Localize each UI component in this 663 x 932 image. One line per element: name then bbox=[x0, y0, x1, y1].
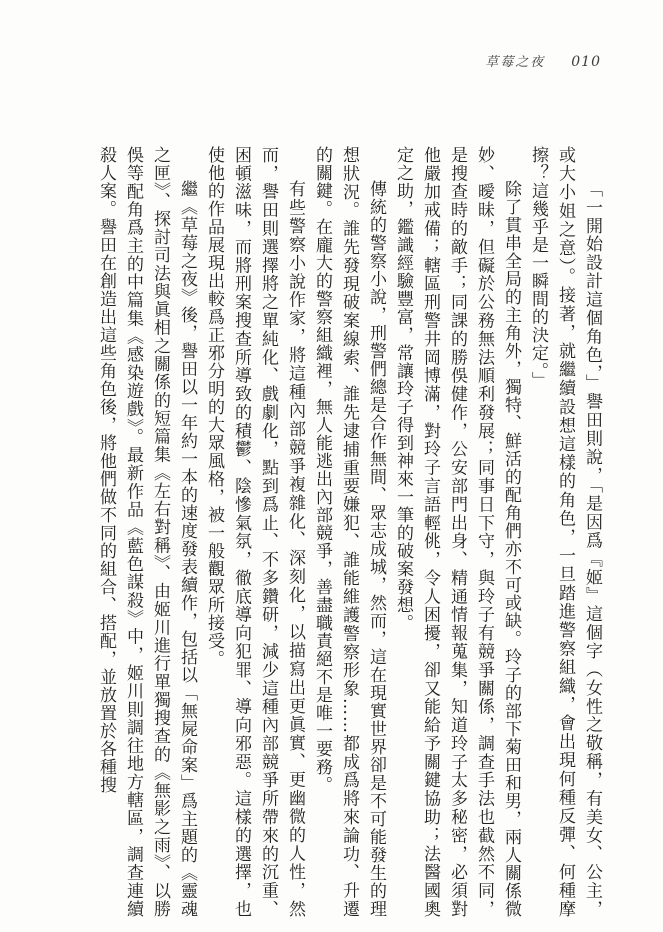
running-header: 草莓之夜010 bbox=[485, 51, 601, 70]
paragraph: 繼《草莓之夜》後，譽田以一年約一本的速度發表續作，包括以「無屍命案」爲主題的《靈… bbox=[92, 146, 200, 918]
article-text-block: 「一開始設計這個角色，」譽田則說，「是因爲『姬』這個字（女性之敬稱，有美女、公主… bbox=[92, 146, 605, 918]
paragraph: 除了貫串全局的主角外，獨特、鮮活的配角們亦不可或缺。玲子的部下菊田和男，兩人關係… bbox=[389, 146, 524, 918]
running-header-book-title: 草莓之夜 bbox=[485, 55, 545, 70]
book-page: 草莓之夜010 「一開始設計這個角色，」譽田則說，「是因爲『姬』這個字（女性之敬… bbox=[0, 0, 663, 932]
page-number: 010 bbox=[571, 54, 601, 70]
paragraph: 「一開始設計這個角色，」譽田則說，「是因爲『姬』這個字（女性之敬稱，有美女、公主… bbox=[524, 146, 605, 918]
paragraph: 傳統的警察小說，刑警們總是合作無間、眾志成城，然而，這在現實世界卻是不可能發生的… bbox=[308, 146, 389, 918]
paragraph: 有些警察小說作家，將這種內部競爭複雜化、深刻化，以描寫出更眞實、更幽微的人性，然… bbox=[200, 146, 308, 918]
